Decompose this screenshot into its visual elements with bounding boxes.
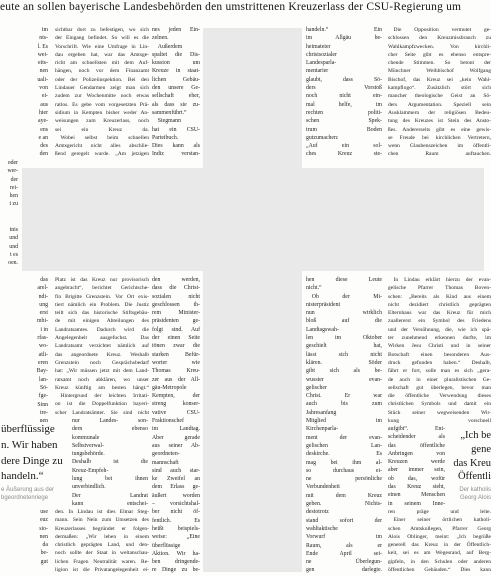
column1-fragment-band: tnis und und t es oen. bbox=[0, 226, 18, 267]
pullquote-right: „Ich be gene das Kreu Öffentli bbox=[361, 429, 491, 484]
pullquote-left: überflüssige n. Wir haben dere Dinge zu … bbox=[1, 422, 169, 485]
column5-paragraph-mid: In Lindau erklärt hierzu der evan- gelis… bbox=[388, 276, 491, 425]
column1-fragment-mid: das arel- ndi- ung erst mbi- i in rfas- … bbox=[0, 276, 48, 384]
newspaper-page: { "headline": "heute an sollen bayerisch… bbox=[0, 0, 491, 576]
column4-paragraph-bottom: hen diese Leute nicht.“ Ob der Mi- niste… bbox=[306, 276, 382, 575]
column4-paragraph-top: handeln.“ Ein im Allgäu be- heimateter c… bbox=[306, 26, 382, 159]
column1-fragment-top2: oder wer- der rei- hen t zu bbox=[0, 159, 18, 209]
pullquote-left-attribution: e Äußerung aus der bgeordnetenriege bbox=[1, 487, 169, 502]
column2-paragraph-bottom: den. In Lindau ist dies Elmar Steg- mann… bbox=[55, 508, 149, 574]
headline: heute an sollen bayerische Landesbehörde… bbox=[0, 1, 461, 13]
column5-paragraph-top: Die Opposition vermutet ge- schlossen de… bbox=[388, 26, 491, 159]
pullquote-right-attribution: Der katholis Georg Alois bbox=[361, 487, 491, 502]
column1-fragment-low: Sö- fge- Sinn tre- uen bbox=[0, 384, 48, 425]
cross-photo-vertical-bar bbox=[203, 28, 302, 572]
column3-paragraph-top: nes jeden Ein- zelnen. Außerdem spaltet … bbox=[152, 26, 200, 159]
cross-photo-horizontal-bar bbox=[22, 168, 484, 271]
column2-paragraph-mid: Platz ist das Kreuz nur provisorisch ang… bbox=[55, 276, 149, 417]
column5-paragraph-bottom: ren präge und leite. Einer seiner örtlic… bbox=[388, 508, 491, 574]
column1-fragment-bottom: use euz sio- nen da be- gut bbox=[0, 508, 48, 566]
column1-fragment-top: im nts- l. Es wei- eits- nen uali- von e… bbox=[0, 26, 48, 159]
column2-paragraph-top: sichtbar dort zu befestigen, wo sich der… bbox=[55, 26, 149, 159]
